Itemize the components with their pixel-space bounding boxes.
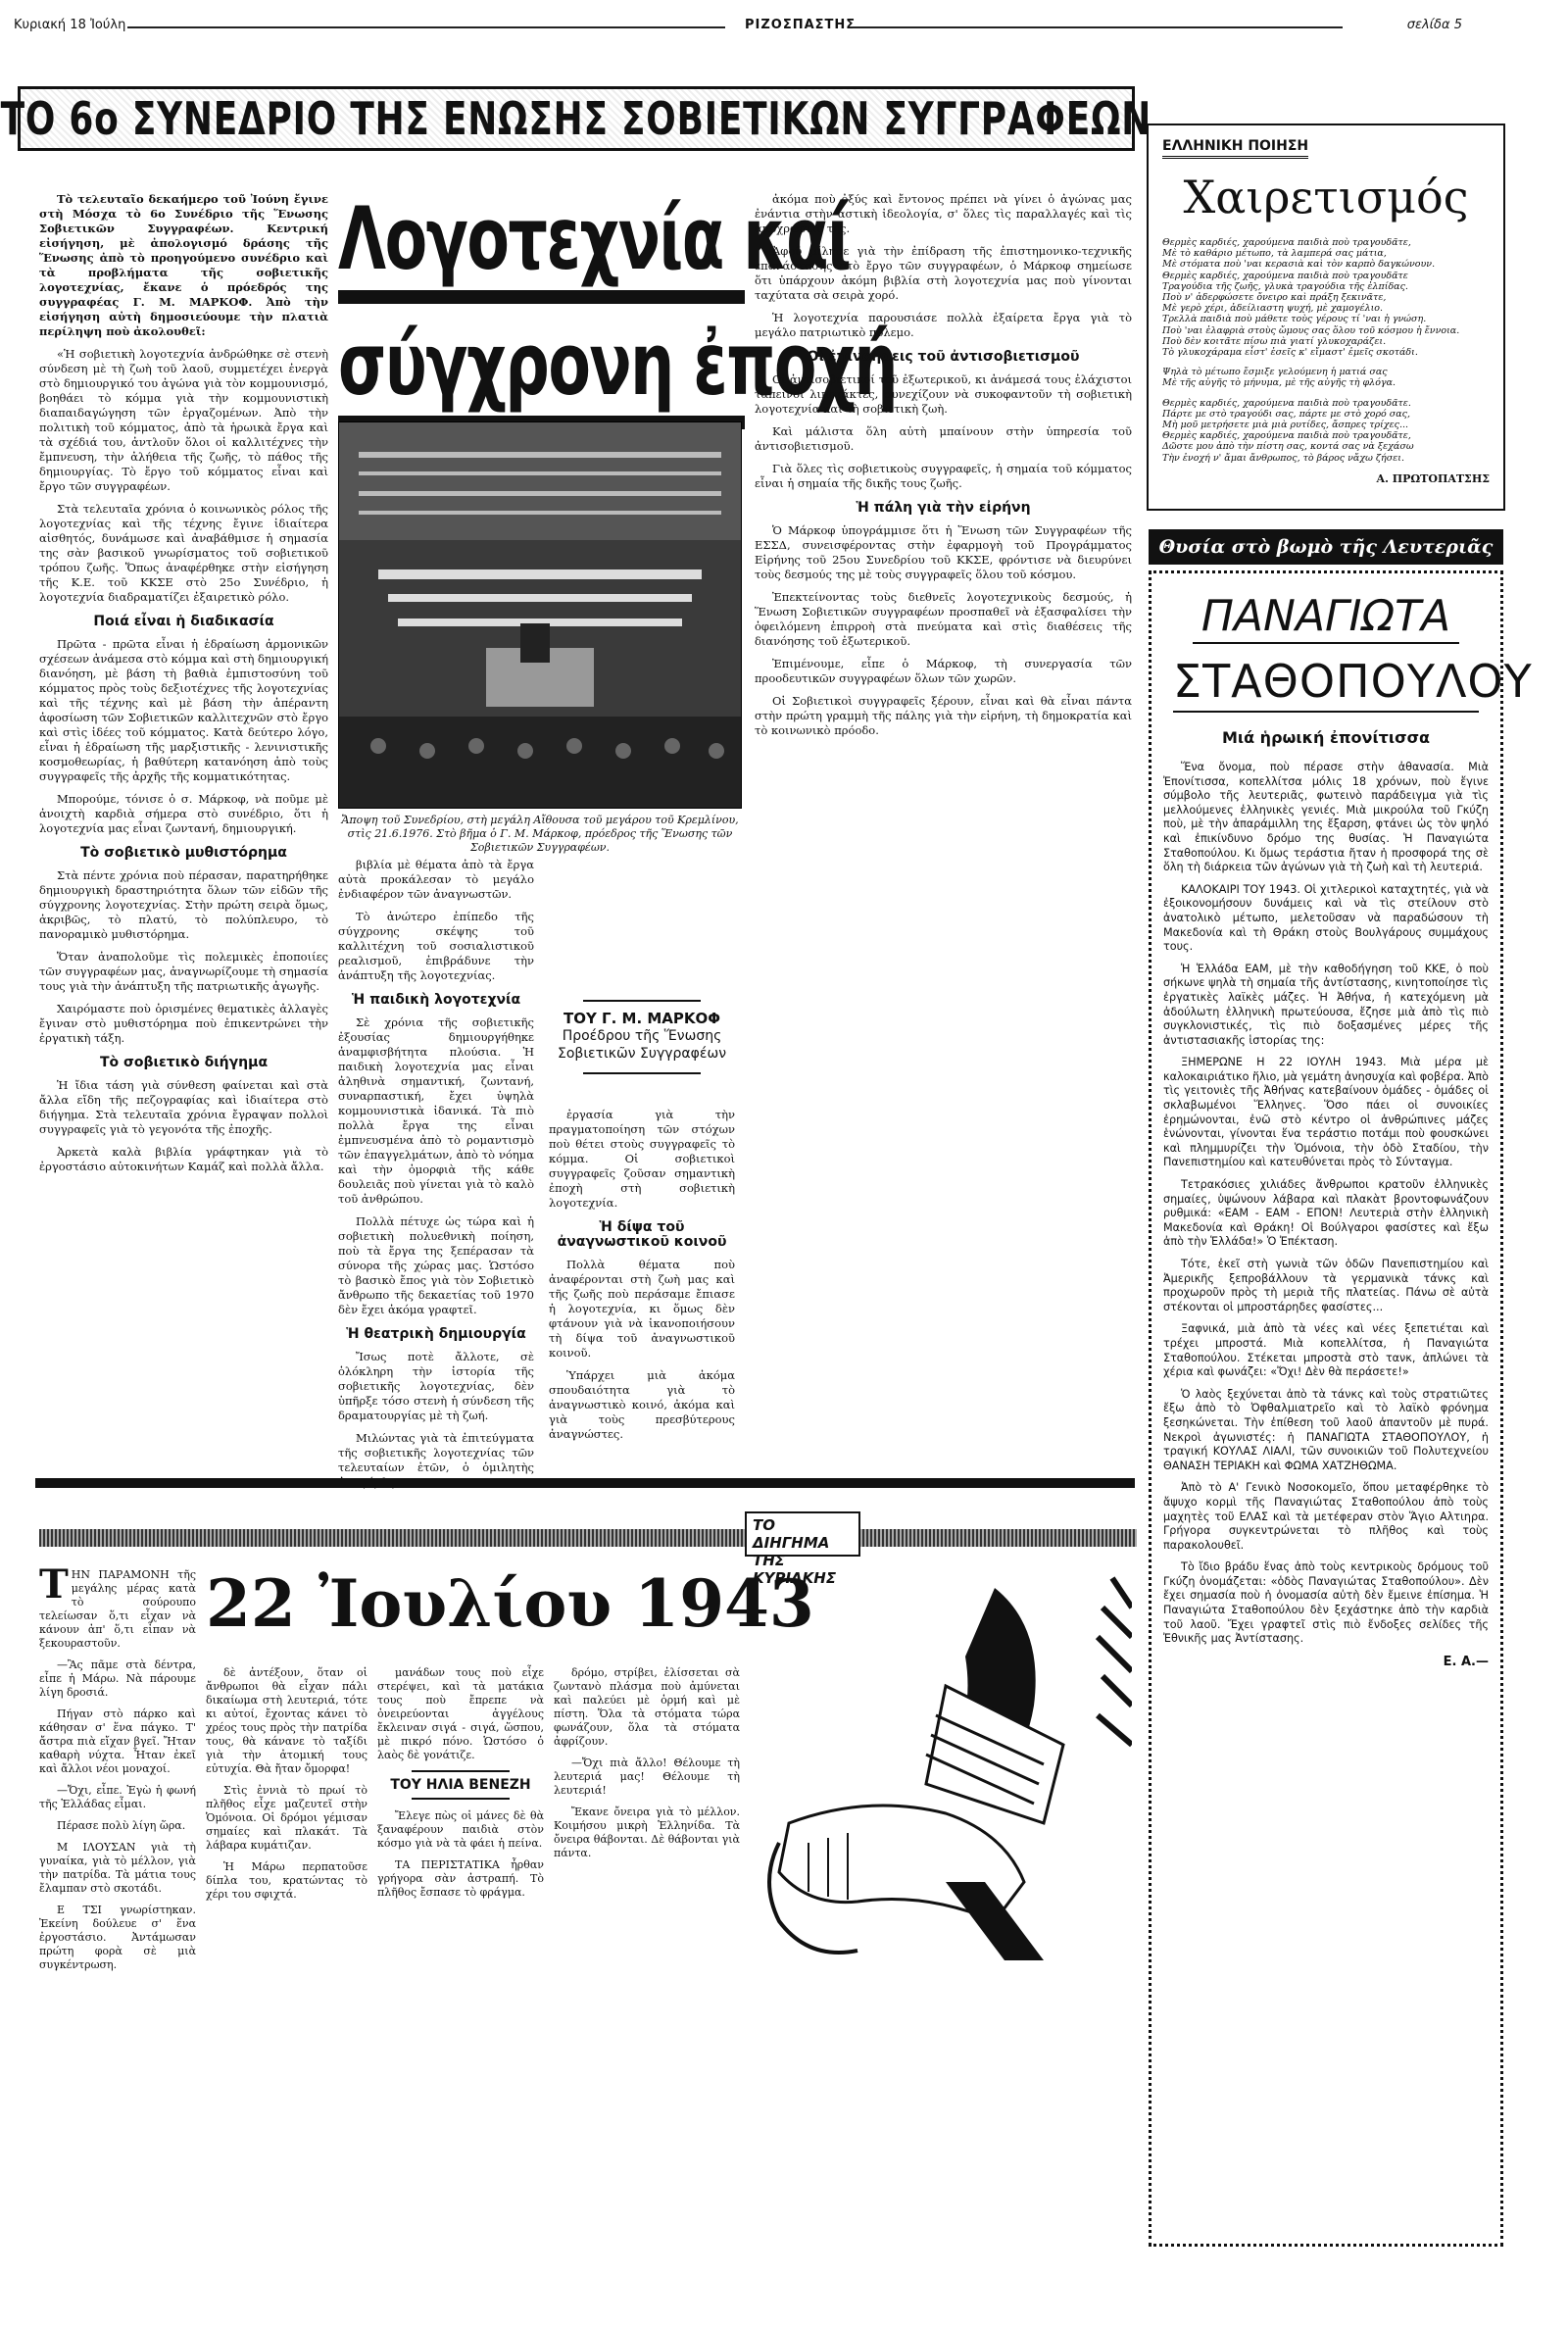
story-paragraph: δρόμο, στρίβει, ἐλίσσεται σὰ ζωντανὸ πλά… xyxy=(554,1666,740,1749)
byline-rule xyxy=(583,1072,701,1074)
article-paragraph: Χαιρόμαστε ποὺ ὁρισμένες θεματικὲς ἀλλαγ… xyxy=(39,1002,328,1046)
poem-stanza: Ψηλὰ τὸ μέτωπο ἔσμιξε γελούμενη ἡ ματιά … xyxy=(1162,367,1490,388)
story-paragraph: Ἡ Μάρω περπατοῦσε δίπλα του, κρατώντας τ… xyxy=(206,1860,367,1902)
story-headline: 22 Ἰουλίου 1943 xyxy=(206,1566,814,1641)
article-paragraph: Γιὰ ὅλες τὶς σοβιετικοὺς συγγραφεῖς, ἡ σ… xyxy=(755,462,1132,491)
subheading: Ἡ δίψα τοῦ ἀναγνωστικοῦ κοινοῦ xyxy=(549,1220,735,1250)
article-column-2b: ἐργασία γιὰ τὴν πραγματοποίηση τῶν στόχω… xyxy=(549,1108,735,1450)
main-headline: Λογοτεχνία καί σύγχρονη ἐποχή xyxy=(338,192,745,429)
story-paragraph: Πήγαν στὸ πάρκο καὶ κάθησαν σ' ἕνα πάγκο… xyxy=(39,1707,196,1776)
tribute-banner: Θυσία στὸ βωμὸ τῆς Λευτεριᾶς xyxy=(1149,529,1503,565)
subheading: Ἡ θεατρικὴ δημιουργία xyxy=(338,1327,534,1342)
tribute-box: ΠΑΝΑΓΙΩΤΑ ΣΤΑΘΟΠΟΥΛΟΥ Μιά ἡρωική ἐπονίτι… xyxy=(1149,570,1503,2247)
masthead-rule-right xyxy=(853,26,1343,28)
article-paragraph: Ἴσως ποτὲ ἄλλοτε, σὲ ὁλόκληρη τὴν ἱστορί… xyxy=(338,1350,534,1423)
article-paragraph: Στὰ πέντε χρόνια ποὺ πέρασαν, παρατηρήθη… xyxy=(39,868,328,942)
article-paragraph: βιβλία μὲ θέματα ἀπὸ τὰ ἔργα αὐτὰ προκάλ… xyxy=(338,858,534,902)
article-paragraph: Ἀφοῦ μίλησε γιὰ τὴν ἐπίδραση τῆς ἐπιστημ… xyxy=(755,244,1132,303)
subheading: Ποιά εἶναι ἡ διαδικασία xyxy=(39,615,328,629)
article-column-3: ἀκόμα ποὺ ὀξύς καὶ ἔντονος πρέπει νὰ γίν… xyxy=(755,192,1132,746)
story-paragraph: —Ὄχι πιὰ ἄλλο! Θέλουμε τὴ λευτεριά μας! … xyxy=(554,1757,740,1798)
tribute-text: Ἕνα ὄνομα, ποὺ πέρασε στὴν ἀθανασία. Μιὰ… xyxy=(1163,761,1489,1647)
story-column-1: ΤΗΝ ΠΑΡΑΜΟΝΗ τῆς μεγάλης μέρας κατὰ τὸ σ… xyxy=(39,1568,196,1980)
story-column-3: μανάδων τους ποὺ εἶχε στερέψει, καὶ τὰ μ… xyxy=(377,1666,544,1907)
poem-stanza: Θερμὲς καρδιές, χαρούμενα παιδιὰ ποὺ τρα… xyxy=(1162,237,1490,358)
tribute-paragraph: Τετρακόσιες χιλιάδες ἄνθρωποι κρατοῦν ἑλ… xyxy=(1163,1178,1489,1250)
photo-image-icon xyxy=(339,422,742,809)
article-paragraph: Ὁ Μάρκοφ ὑπογράμμισε ὅτι ἡ Ἕνωση τῶν Συγ… xyxy=(755,523,1132,582)
headline-line-2: σύγχρονη ἐποχή xyxy=(338,318,631,412)
headline-rule xyxy=(338,290,745,304)
article-paragraph: Ἐπιμένουμε, εἶπε ὁ Μάρκοφ, τὴ συνεργασία… xyxy=(755,657,1132,686)
article-paragraph: Ὑπάρχει μιὰ ἀκόμα σπουδαιότητα γιὰ τὸ ἀν… xyxy=(549,1368,735,1442)
poem-section-label: ΕΛΛΗΝΙΚΗ ΠΟΙΗΣΗ xyxy=(1162,138,1308,159)
byline-rule xyxy=(583,1000,701,1002)
byline-author: ΤΟΥ Γ. Μ. ΜΑΡΚΟΦ xyxy=(549,1010,735,1027)
story-paragraph: Μ ΙΛΟΥΣΑΝ γιὰ τὴ γυναίκα, γιὰ τὸ μέλλον,… xyxy=(39,1841,196,1896)
section-banner: ΤΟ 6ο ΣΥΝΕΔΡΙΟ ΤΗΣ ΕΝΩΣΗΣ ΣΟΒΙΕΤΙΚΩΝ ΣΥΓ… xyxy=(18,86,1135,151)
story-paragraph: ΤΑ ΠΕΡΙΣΤΑΤΙΚΑ ἦρθαν γρήγορα σὰν ἀστραπή… xyxy=(377,1858,544,1900)
congress-photo xyxy=(338,421,742,809)
article-intro: Τὸ τελευταῖο δεκαήμερο τοῦ Ἰούνη ἔγινε σ… xyxy=(39,192,328,339)
article-paragraph: Ἡ λογοτεχνία παρουσιάσε πολλὰ ἐξαίρετα ἔ… xyxy=(755,311,1132,340)
article-paragraph: Ἡ ἴδια τάση γιὰ σύνθεση φαίνεται καὶ στὰ… xyxy=(39,1078,328,1137)
article-paragraph: Σὲ χρόνια τῆς σοβιετικῆς ἐξουσίας δημιου… xyxy=(338,1015,534,1207)
story-illustration xyxy=(750,1568,1132,1970)
tribute-signature: Ε. Α.— xyxy=(1163,1655,1489,1669)
subheading: Τὸ σοβιετικὸ μυθιστόρημα xyxy=(39,846,328,861)
story-paragraph: Ἔκανε ὄνειρα γιὰ τὸ μέλλον. Κοιμήσου μικ… xyxy=(554,1806,740,1860)
story-paragraph: —Ὄχι, εἶπε. Ἐγὼ ἡ φωνή τῆς Ἑλλάδας εἶμαι… xyxy=(39,1784,196,1811)
article-paragraph: ἀκόμα ποὺ ὀξύς καὶ ἔντονος πρέπει νὰ γίν… xyxy=(755,192,1132,236)
byline-role: Προέδρου τῆς Ἕνωσης Σοβιετικῶν Συγγραφέω… xyxy=(549,1027,735,1063)
tribute-paragraph: Ἕνα ὄνομα, ποὺ πέρασε στὴν ἀθανασία. Μιὰ… xyxy=(1163,761,1489,875)
story-author: ΤΟΥ ΗΛΙΑ ΒΕΝΕΖΗ xyxy=(377,1778,544,1792)
tribute-paragraph: Ἀπὸ τὸ Α' Γενικὸ Νοσοκομεῖο, ὅπου μεταφέ… xyxy=(1163,1481,1489,1553)
photo-caption: Ἄποψη τοῦ Συνεδρίου, στὴ μεγάλη Αἴθουσα … xyxy=(338,814,742,855)
article-paragraph: Οἱ ἀντισοβιετικοί τοῦ ἐξωτερικοῦ, κι ἀνά… xyxy=(755,372,1132,417)
tribute-paragraph: Ὁ λαὸς ξεχύνεται ἀπὸ τὰ τάνκς καὶ τοὺς σ… xyxy=(1163,1388,1489,1474)
article-paragraph: Πολλὰ πέτυχε ὡς τώρα καὶ ἡ σοβιετικὴ πολ… xyxy=(338,1214,534,1317)
newspaper-name: ΡΙΖΟΣΠΑΣΤΗΣ xyxy=(745,18,856,32)
article-paragraph: Ὅταν ἀναπολοῦμε τὶς πολεμικὲς ἐποποιίες … xyxy=(39,950,328,994)
author-rule xyxy=(412,1770,510,1772)
page-number: σελίδα 5 xyxy=(1407,18,1462,32)
article-paragraph: Καὶ μάλιστα ὅλη αὐτὴ μπαίνουν στὴν ὑπηρε… xyxy=(755,424,1132,454)
tribute-name-first: ΠΑΝΑΓΙΩΤΑ xyxy=(1193,591,1459,644)
poem-title: Χαιρετισμός xyxy=(1162,171,1490,223)
article-paragraph: «Ἡ σοβιετικὴ λογοτεχνία ἀνδρώθηκε σὲ στε… xyxy=(39,347,328,494)
story-column-2: δὲ ἀντέξουν, ὅταν οἱ ἄνθρωποι θὰ εἶχαν π… xyxy=(206,1666,367,1909)
story-strip xyxy=(39,1529,1137,1547)
issue-date: Κυριακή 18 Ἰούλη xyxy=(14,18,125,32)
article-paragraph: Στὰ τελευταῖα χρόνια ὁ κοινωνικὸς ρόλος … xyxy=(39,502,328,605)
banner-title: ΤΟ 6ο ΣΥΝΕΔΡΙΟ ΤΗΣ ΕΝΩΣΗΣ ΣΟΒΙΕΤΙΚΩΝ ΣΥΓ… xyxy=(1,92,1151,145)
illustration-icon xyxy=(750,1568,1132,1970)
story-paragraph: Στὶς ἐννιὰ τὸ πρωί τὸ πλῆθος εἶχε μαζευτ… xyxy=(206,1784,367,1853)
story-dropcap: Τ xyxy=(39,1568,69,1602)
author-rule xyxy=(412,1798,510,1800)
article-paragraph: Οἱ Σοβιετικοὶ συγγραφεῖς ξέρουν, εἶναι κ… xyxy=(755,694,1132,738)
subheading: Ἡ πάλη γιὰ τὴν εἰρήνη xyxy=(755,501,1132,516)
story-column-4: δρόμο, στρίβει, ἐλίσσεται σὰ ζωντανὸ πλά… xyxy=(554,1666,740,1868)
masthead: Κυριακή 18 Ἰούλη ΡΙΖΟΣΠΑΣΤΗΣ σελίδα 5 xyxy=(0,18,1568,37)
story-paragraph: Ε ΤΣΙ γνωρίστηκαν. Ἐκείνη δούλευε σ' ἕνα… xyxy=(39,1904,196,1972)
poem-box: ΕΛΛΗΝΙΚΗ ΠΟΙΗΣΗ Χαιρετισμός Θερμὲς καρδι… xyxy=(1147,124,1505,511)
article-paragraph: Πολλὰ θέματα ποὺ ἀναφέρονται στὴ ζωὴ μας… xyxy=(549,1258,735,1361)
tribute-paragraph: Τὸ ἴδιο βράδυ ἕνας ἀπὸ τοὺς κεντρικοὺς δ… xyxy=(1163,1560,1489,1647)
article-column-1: Τὸ τελευταῖο δεκαήμερο τοῦ Ἰούνη ἔγινε σ… xyxy=(39,192,328,1182)
story-paragraph: δὲ ἀντέξουν, ὅταν οἱ ἄνθρωποι θὰ εἶχαν π… xyxy=(206,1666,367,1776)
story-paragraph: μανάδων τους ποὺ εἶχε στερέψει, καὶ τὰ μ… xyxy=(377,1666,544,1762)
story-tag: ΤΟ ΔΙΗΓΗΜΑ ΤΗΣ ΚΥΡΙΑΚΗΣ xyxy=(745,1511,860,1557)
article-paragraph: Ἐπεκτείνοντας τοὺς διεθνεῖς λογοτεχνικοὺ… xyxy=(755,590,1132,649)
tribute-paragraph: ΚΑΛΟΚΑΙΡΙ ΤΟΥ 1943. Οἱ χιτλερικοὶ καταχτ… xyxy=(1163,883,1489,955)
subheading: Τὸ σοβιετικὸ διήγημα xyxy=(39,1056,328,1070)
article-paragraph: Πρῶτα - πρῶτα εἶναι ἡ ἑδραίωση ἁρμονικῶν… xyxy=(39,637,328,784)
headline-line-1: Λογοτεχνία καί xyxy=(338,192,631,286)
tribute-name-last: ΣΤΑΘΟΠΟΥΛΟΥ xyxy=(1173,652,1479,713)
tribute-paragraph: Ξαφνικά, μιὰ ἀπὸ τὰ νέες καὶ νέες ξεπετι… xyxy=(1163,1322,1489,1379)
tribute-paragraph: ΞΗΜΕΡΩΝΕ Η 22 ΙΟΥΛΗ 1943. Μιὰ μέρα μὲ κα… xyxy=(1163,1056,1489,1170)
article-paragraph: Μπορούμε, τόνισε ὁ σ. Μάρκοφ, νὰ ποῦμε μ… xyxy=(39,792,328,836)
subheading: Ἡ παιδικὴ λογοτεχνία xyxy=(338,993,534,1008)
story-paragraph: Πέρασε πολὺ λίγη ὥρα. xyxy=(39,1819,196,1833)
article-byline: ΤΟΥ Γ. Μ. ΜΑΡΚΟΦ Προέδρου τῆς Ἕνωσης Σοβ… xyxy=(549,1000,735,1074)
masthead-rule-left xyxy=(127,26,725,28)
article-paragraph: Ἀρκετὰ καλὰ βιβλία γράφτηκαν γιὰ τὸ ἐργο… xyxy=(39,1145,328,1174)
story-paragraph: Ἔλεγε πὼς οἱ μάνες δὲ θὰ ξαναφέρουν παιδ… xyxy=(377,1809,544,1851)
article-paragraph: Τὸ ἀνώτερο ἐπίπεδο τῆς σύγχρονης σκέψης … xyxy=(338,910,534,983)
subheading: Οἱ ἐπινοήσεις τοῦ ἀντισοβιετισμοῦ xyxy=(755,350,1132,365)
article-paragraph: ἐργασία γιὰ τὴν πραγματοποίηση τῶν στόχω… xyxy=(549,1108,735,1211)
poem-stanza: Θερμὲς καρδιές, χαρούμενα παιδιὰ ποὺ τρα… xyxy=(1162,398,1490,464)
story-paragraph: —Ἂς πᾶμε στὰ δέντρα, εἶπε ἡ Μάρω. Νὰ πάρ… xyxy=(39,1658,196,1700)
section-divider xyxy=(35,1478,1135,1488)
tribute-paragraph: Τότε, ἐκεῖ στὴ γωνιὰ τῶν ὁδῶν Πανεπιστημ… xyxy=(1163,1258,1489,1314)
article-column-2: βιβλία μὲ θέματα ἀπὸ τὰ ἔργα αὐτὰ προκάλ… xyxy=(338,858,534,1498)
poem-author: Α. ΠΡΩΤΟΠΑΤΣΗΣ xyxy=(1162,472,1490,485)
tribute-deck: Μιά ἡρωική ἐπονίτισσα xyxy=(1163,728,1489,747)
tribute-paragraph: Ἡ Ἑλλάδα ΕΑΜ, μὲ τὴν καθοδήγηση τοῦ ΚΚΕ,… xyxy=(1163,963,1489,1049)
